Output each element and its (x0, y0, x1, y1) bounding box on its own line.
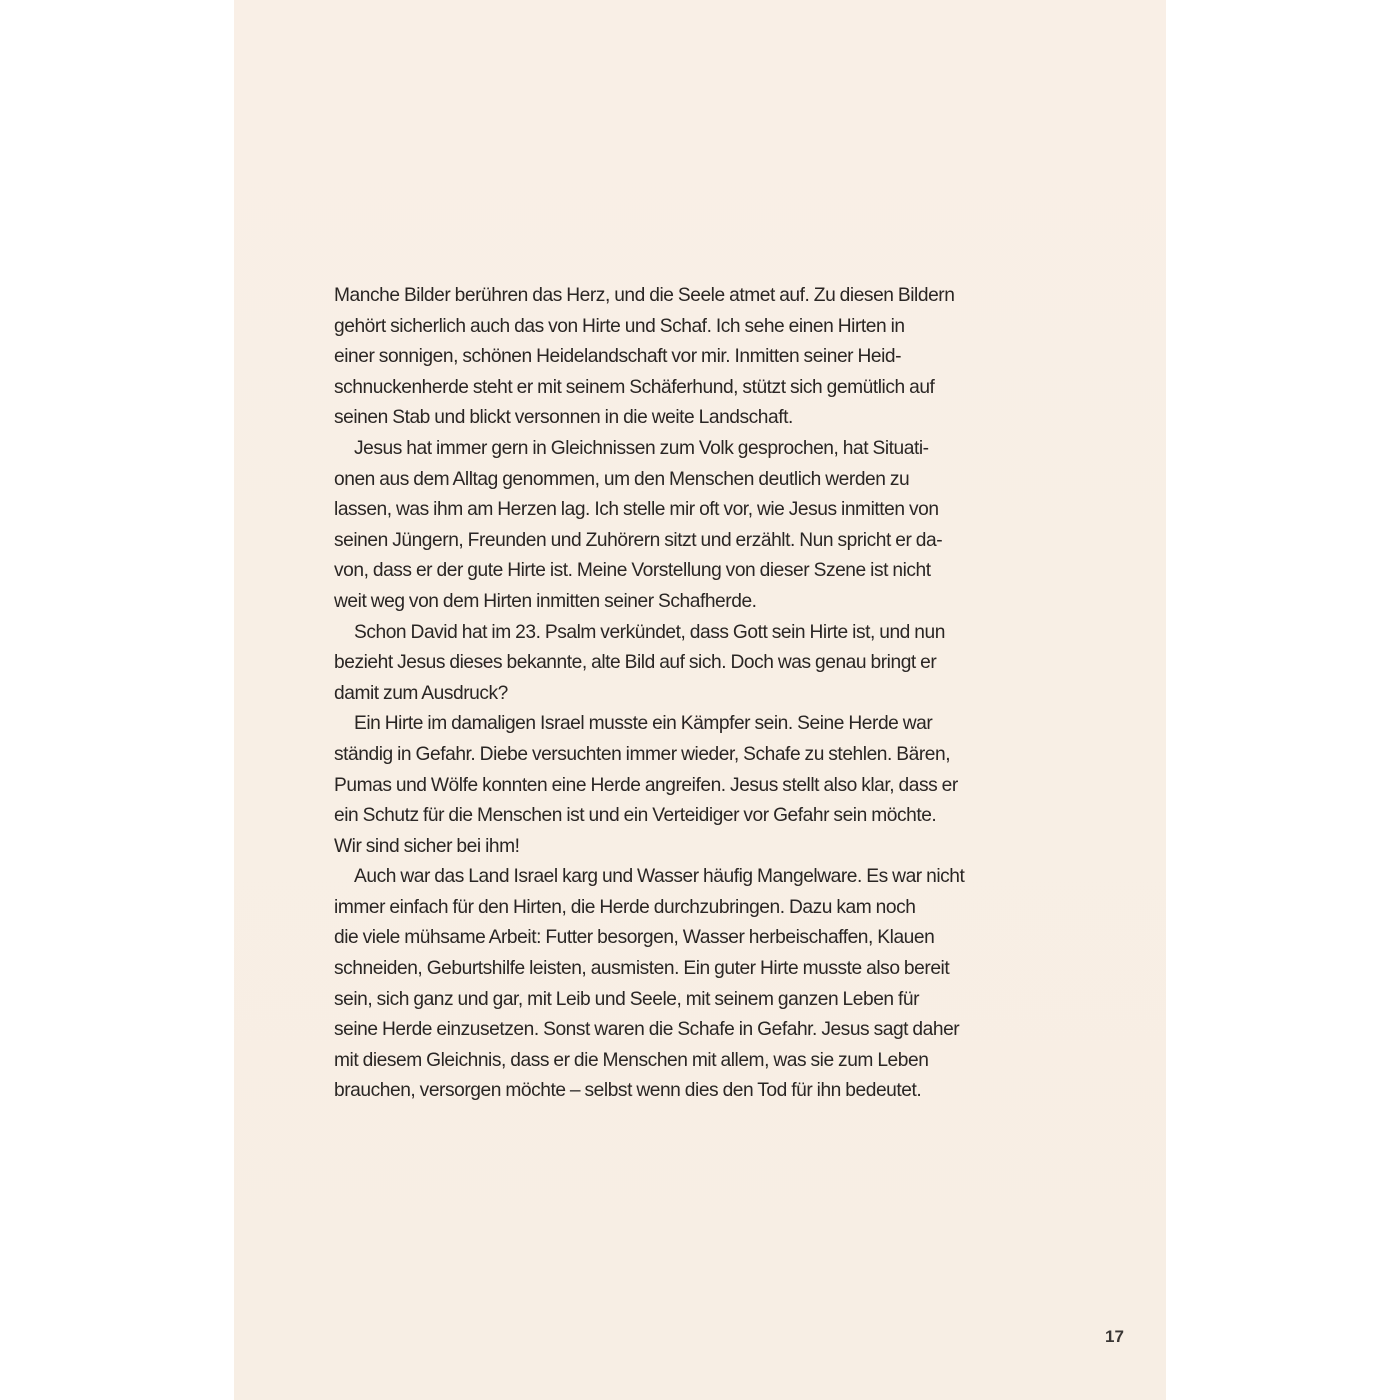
text-line: Ein Hirte im damaligen Israel musste ein… (334, 709, 1074, 740)
text-line: damit zum Ausdruck? (334, 679, 1074, 710)
text-line: bezieht Jesus dieses bekannte, alte Bild… (334, 648, 1074, 679)
text-line: mit diesem Gleichnis, dass er die Mensch… (334, 1046, 1074, 1077)
text-line: Auch war das Land Israel karg und Wasser… (334, 862, 1074, 893)
text-line: Manche Bilder berühren das Herz, und die… (334, 281, 1074, 312)
paragraph: Ein Hirte im damaligen Israel musste ein… (334, 709, 1074, 862)
text-line: schnuckenherde steht er mit seinem Schäf… (334, 373, 1074, 404)
text-line: Jesus hat immer gern in Gleichnissen zum… (334, 434, 1074, 465)
text-line: einer sonnigen, schönen Heidelandschaft … (334, 342, 1074, 373)
text-line: onen aus dem Alltag genommen, um den Men… (334, 465, 1074, 496)
book-page: Manche Bilder berühren das Herz, und die… (234, 0, 1166, 1400)
paragraph: Jesus hat immer gern in Gleichnissen zum… (334, 434, 1074, 618)
page-number: 17 (1105, 1327, 1124, 1347)
text-line: schneiden, Geburtshilfe leisten, ausmist… (334, 954, 1074, 985)
text-line: brauchen, versorgen möchte – selbst wenn… (334, 1076, 1074, 1107)
text-line: von, dass er der gute Hirte ist. Meine V… (334, 556, 1074, 587)
body-text: Manche Bilder berühren das Herz, und die… (334, 281, 1074, 1107)
text-line: die viele mühsame Arbeit: Futter besorge… (334, 923, 1074, 954)
text-line: ständig in Gefahr. Diebe versuchten imme… (334, 740, 1074, 771)
paragraph: Manche Bilder berühren das Herz, und die… (334, 281, 1074, 434)
text-line: ein Schutz für die Menschen ist und ein … (334, 801, 1074, 832)
text-line: Wir sind sicher bei ihm! (334, 832, 1074, 863)
text-line: Pumas und Wölfe konnten eine Herde angre… (334, 771, 1074, 802)
text-line: immer einfach für den Hirten, die Herde … (334, 893, 1074, 924)
text-line: seine Herde einzusetzen. Sonst waren die… (334, 1015, 1074, 1046)
text-line: gehört sicherlich auch das von Hirte und… (334, 312, 1074, 343)
text-line: Schon David hat im 23. Psalm verkündet, … (334, 618, 1074, 649)
paragraph: Auch war das Land Israel karg und Wasser… (334, 862, 1074, 1107)
text-line: sein, sich ganz und gar, mit Leib und Se… (334, 985, 1074, 1016)
text-line: seinen Jüngern, Freunden und Zuhörern si… (334, 526, 1074, 557)
text-line: weit weg von dem Hirten inmitten seiner … (334, 587, 1074, 618)
text-line: lassen, was ihm am Herzen lag. Ich stell… (334, 495, 1074, 526)
paragraph: Schon David hat im 23. Psalm verkündet, … (334, 618, 1074, 710)
text-line: seinen Stab und blickt versonnen in die … (334, 403, 1074, 434)
